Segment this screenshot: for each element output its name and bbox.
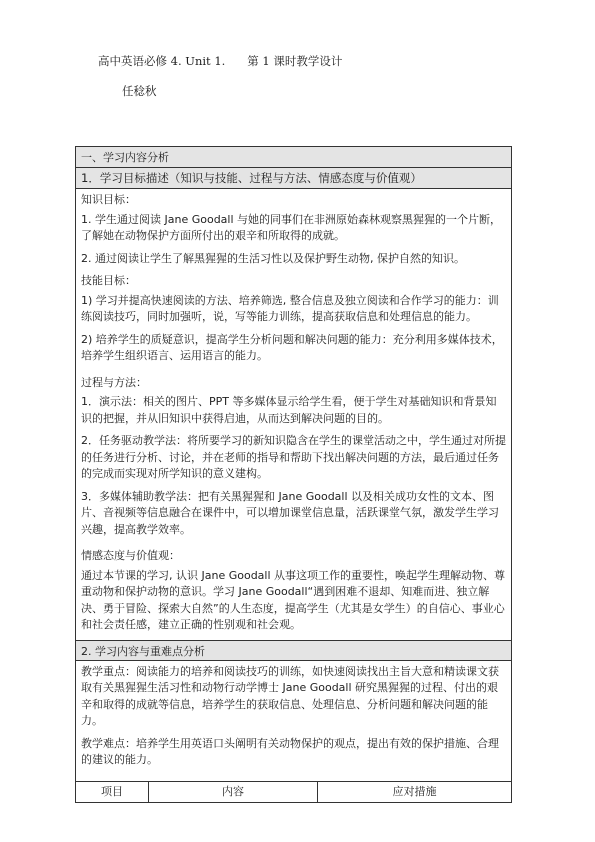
process-item: 3．多媒体辅助教学法：把有关黑猩猩和 Jane Goodall 以及相关成功女性… xyxy=(81,489,506,539)
process-item: 1．演示法：相关的图片、PPT 等多媒体显示给学生看，便于学生对基础知识和背景知… xyxy=(81,394,506,427)
knowledge-item: 1. 学生通过阅读 Jane Goodall 与她的同事们在非洲原始森林观察黑猩… xyxy=(81,212,506,245)
objectives-heading: 1．学习目标描述（知识与技能、过程与方法、情感态度与价值观） xyxy=(76,168,511,189)
attitude-label: 情感态度与价值观： xyxy=(81,548,506,565)
key-point-text: 教学重点：阅读能力的培养和阅读技巧的训练，如快速阅读找出主旨大意和精读课文获取有… xyxy=(81,664,506,730)
skills-label: 技能目标： xyxy=(81,273,506,290)
author-name: 任稔秋 xyxy=(122,83,157,99)
knowledge-label: 知识目标： xyxy=(81,192,506,209)
process-label: 过程与方法： xyxy=(81,375,506,392)
key-points-heading: 2. 学习内容与重难点分析 xyxy=(76,640,511,661)
objectives-body: 知识目标： 1. 学生通过阅读 Jane Goodall 与她的同事们在非洲原始… xyxy=(76,189,511,634)
attitude-text: 通过本节课的学习, 认识 Jane Goodall 从事这项工作的重要性，唤起学… xyxy=(81,568,506,634)
column-header-content: 内容 xyxy=(149,782,318,802)
skills-item: 1) 学习并提高快速阅读的方法、培养筛选, 整合信息及独立阅读和合作学习的能力：… xyxy=(81,293,506,326)
table-header-row: 项目 内容 应对措施 xyxy=(76,781,511,803)
lesson-plan-table: 一、学习内容分析 1．学习目标描述（知识与技能、过程与方法、情感态度与价值观） … xyxy=(75,146,512,803)
section-heading: 一、学习内容分析 xyxy=(76,147,511,168)
key-points-body: 教学重点：阅读能力的培养和阅读技巧的训练，如快速阅读找出主旨大意和精读课文获取有… xyxy=(76,661,511,781)
column-header-measures: 应对措施 xyxy=(318,782,511,802)
process-item: 2．任务驱动教学法：将所要学习的新知识隐含在学生的课堂活动之中，学生通过对所提的… xyxy=(81,433,506,483)
difficult-point-text: 教学难点：培养学生用英语口头阐明有关动物保护的观点，提出有效的保护措施、合理的建… xyxy=(81,736,506,769)
column-header-item: 项目 xyxy=(76,782,149,802)
document-title: 高中英语必修 4. Unit 1. 第 1 课时教学设计 xyxy=(98,53,342,69)
knowledge-item: 2. 通过阅读让学生了解黑猩猩的生活习性以及保护野生动物, 保护自然的知识。 xyxy=(81,251,506,268)
skills-item: 2) 培养学生的质疑意识，提高学生分析问题和解决问题的能力：充分利用多媒体技术，… xyxy=(81,332,506,365)
